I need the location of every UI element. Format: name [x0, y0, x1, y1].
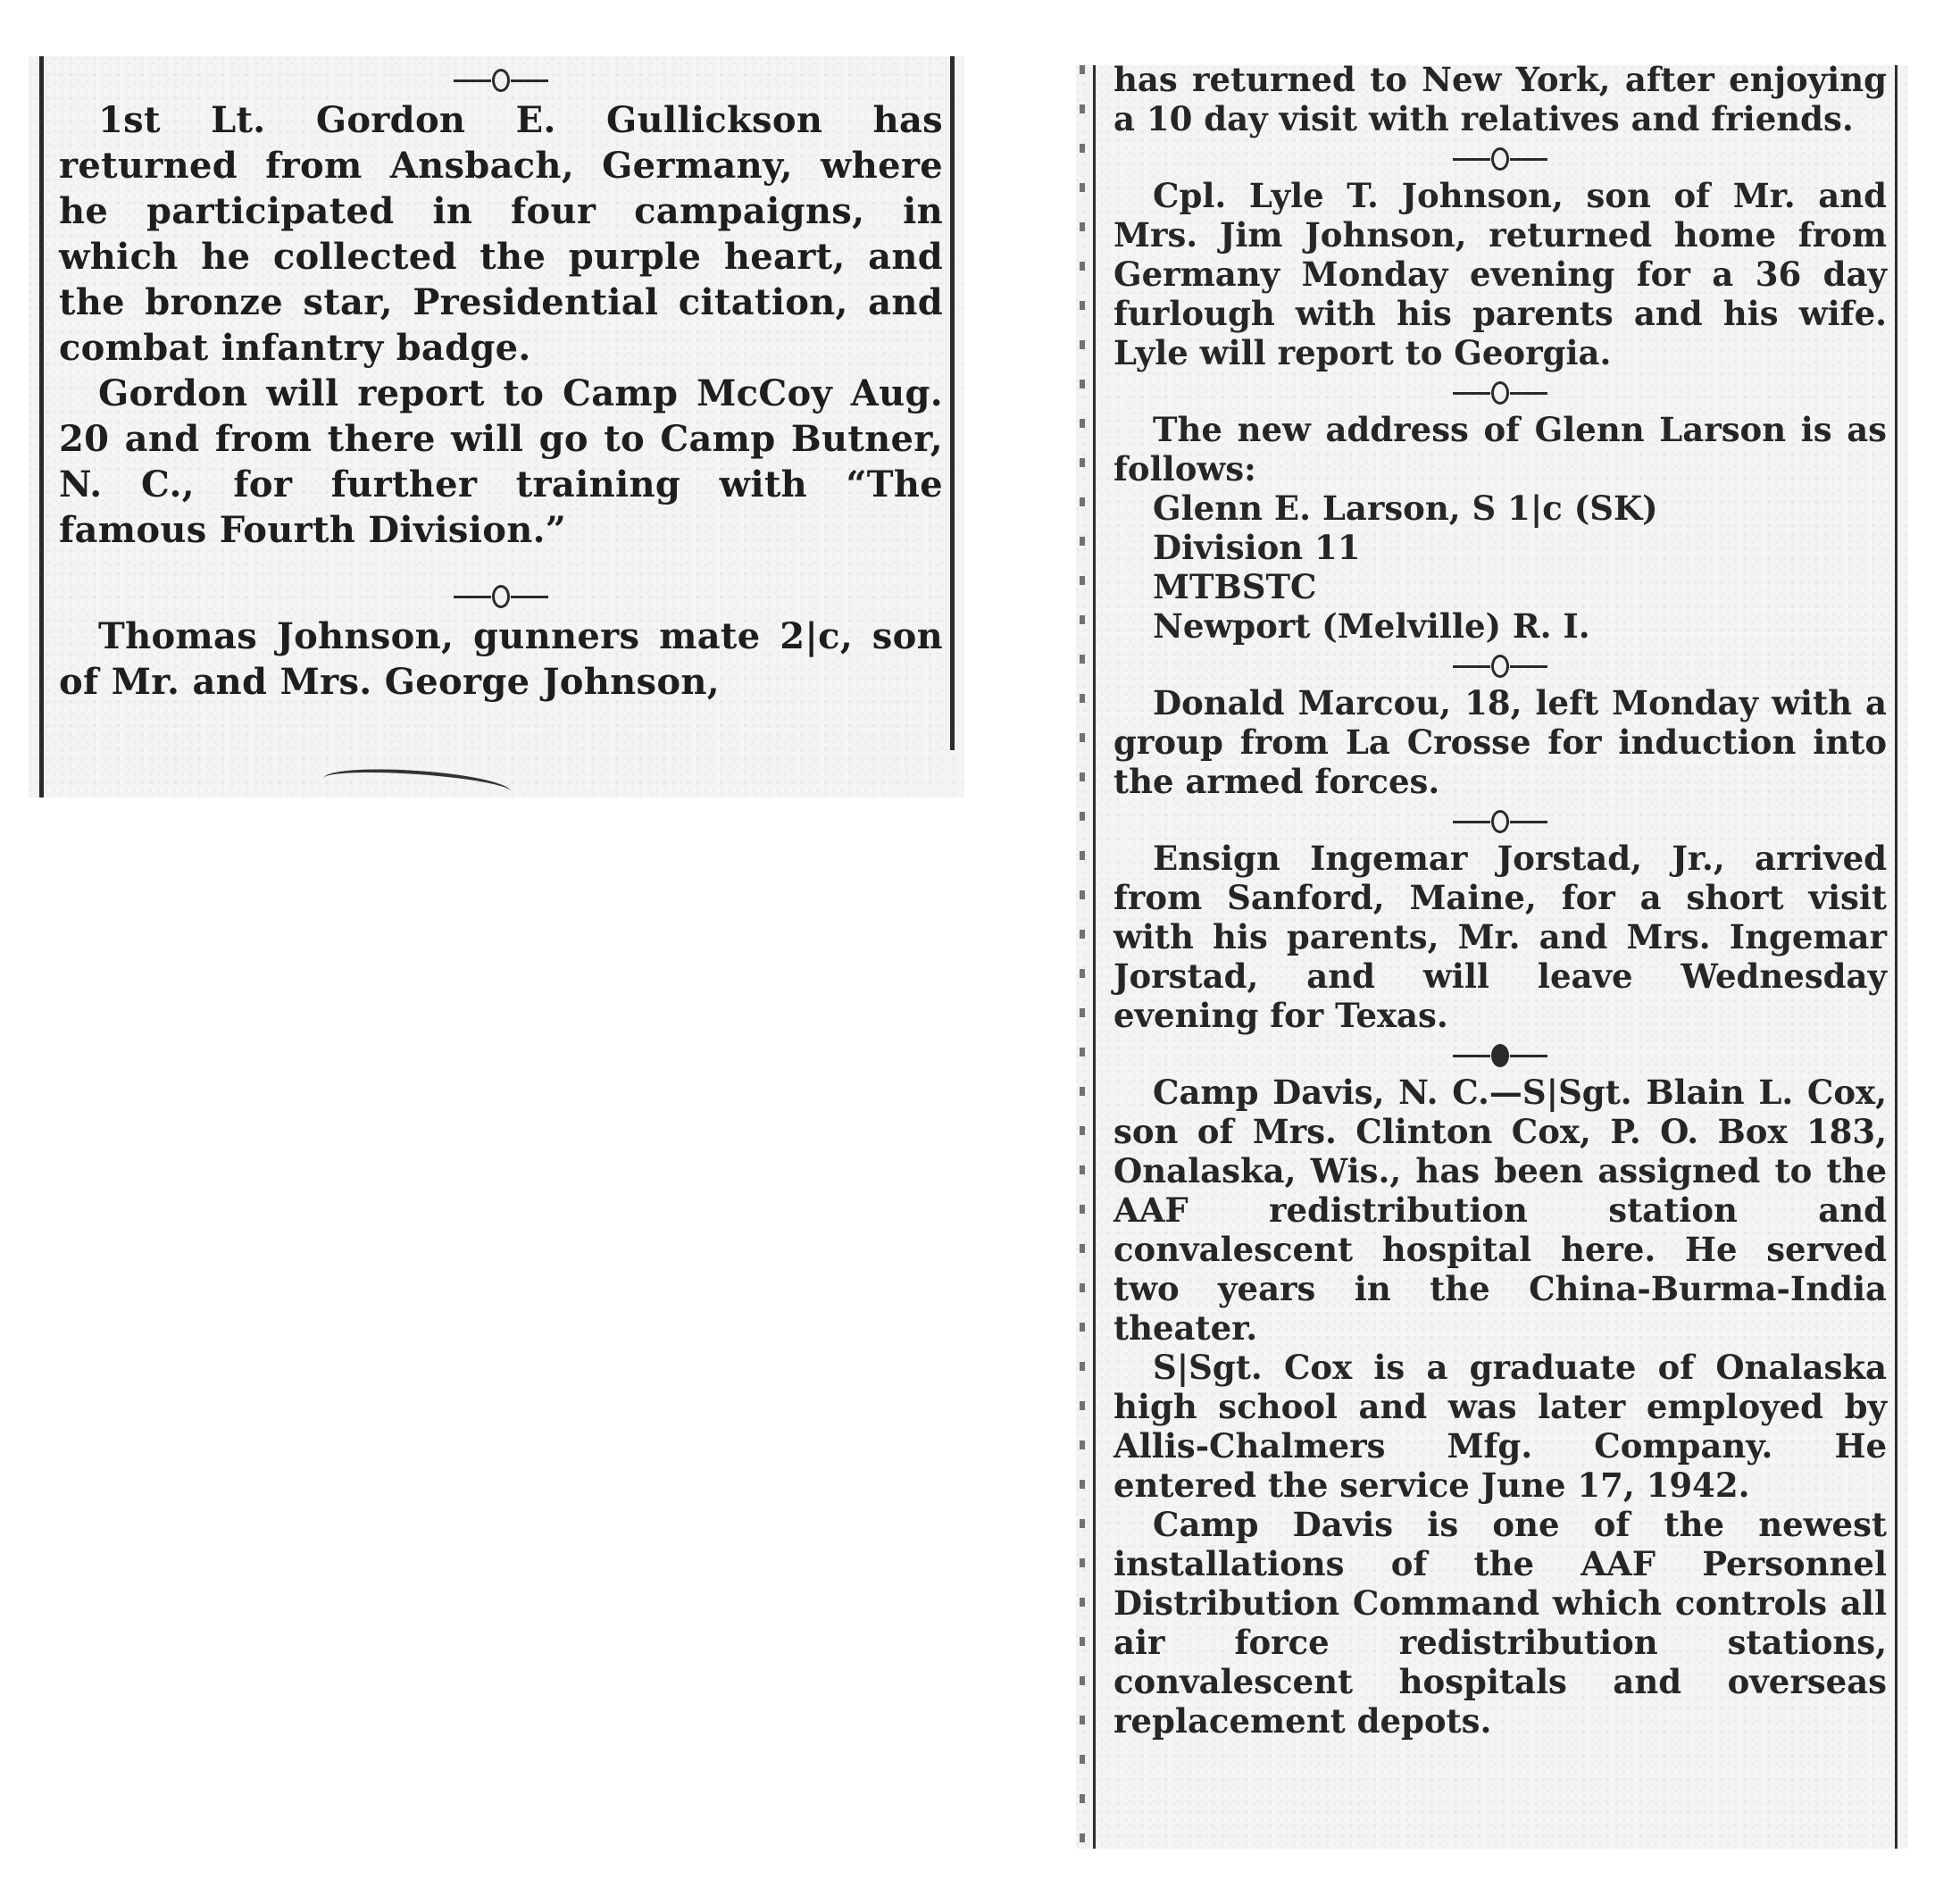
- article-blain-cox-p3: Camp Davis is one of the newest installa…: [1113, 1505, 1887, 1741]
- news-clipping-right: has returned to New York, after enjoying…: [1076, 65, 1908, 1849]
- article-blain-cox-p1: Camp Davis, N. C.—S|Sgt. Blain L. Cox, s…: [1113, 1073, 1887, 1348]
- separator-ornament: [1113, 1039, 1887, 1071]
- article-column: 1st Lt. Gordon E. Gullickson has returne…: [59, 60, 943, 705]
- separator-ornament: [1113, 142, 1887, 174]
- article-blain-cox-p2: S|Sgt. Cox is a graduate of Onalaska hig…: [1113, 1348, 1887, 1505]
- separator-ornament: [59, 580, 943, 612]
- news-clipping-left: 1st Lt. Gordon E. Gullickson has returne…: [29, 56, 964, 798]
- margin-perforation: [1080, 65, 1085, 1849]
- column-rule-left: [1093, 65, 1096, 1849]
- column-rule-left: [39, 56, 44, 798]
- separator-ornament: [1113, 376, 1887, 408]
- separator-ornament: [1113, 649, 1887, 681]
- address-line: Division 11: [1113, 528, 1887, 567]
- address-line: MTBSTC: [1113, 567, 1887, 606]
- article-thomas-johnson: Thomas Johnson, gunners mate 2|c, son of…: [59, 614, 943, 705]
- address-line: Newport (Melville) R. I.: [1113, 606, 1887, 646]
- article-column: has returned to New York, after enjoying…: [1113, 60, 1887, 1741]
- article-glenn-larson: The new address of Glenn Larson is as fo…: [1113, 410, 1887, 489]
- article-gullickson-p1: 1st Lt. Gordon E. Gullickson has returne…: [59, 97, 943, 371]
- column-rule-right: [1895, 65, 1897, 1849]
- article-gullickson-p2: Gordon will report to Camp McCoy Aug. 20…: [59, 371, 943, 553]
- separator-ornament: [1113, 805, 1887, 837]
- separator-ornament: [59, 63, 943, 96]
- article-lyle-johnson: Cpl. Lyle T. Johnson, son of Mr. and Mrs…: [1113, 176, 1887, 372]
- article-donald-marcou: Donald Marcou, 18, left Monday with a gr…: [1113, 683, 1887, 801]
- ink-smudge: [322, 764, 512, 806]
- article-ingemar-jorstad: Ensign Ingemar Jorstad, Jr., arrived fro…: [1113, 839, 1887, 1035]
- column-rule-right: [950, 56, 955, 750]
- address-line: Glenn E. Larson, S 1|c (SK): [1113, 489, 1887, 528]
- article-continuation: has returned to New York, after enjoying…: [1113, 60, 1887, 138]
